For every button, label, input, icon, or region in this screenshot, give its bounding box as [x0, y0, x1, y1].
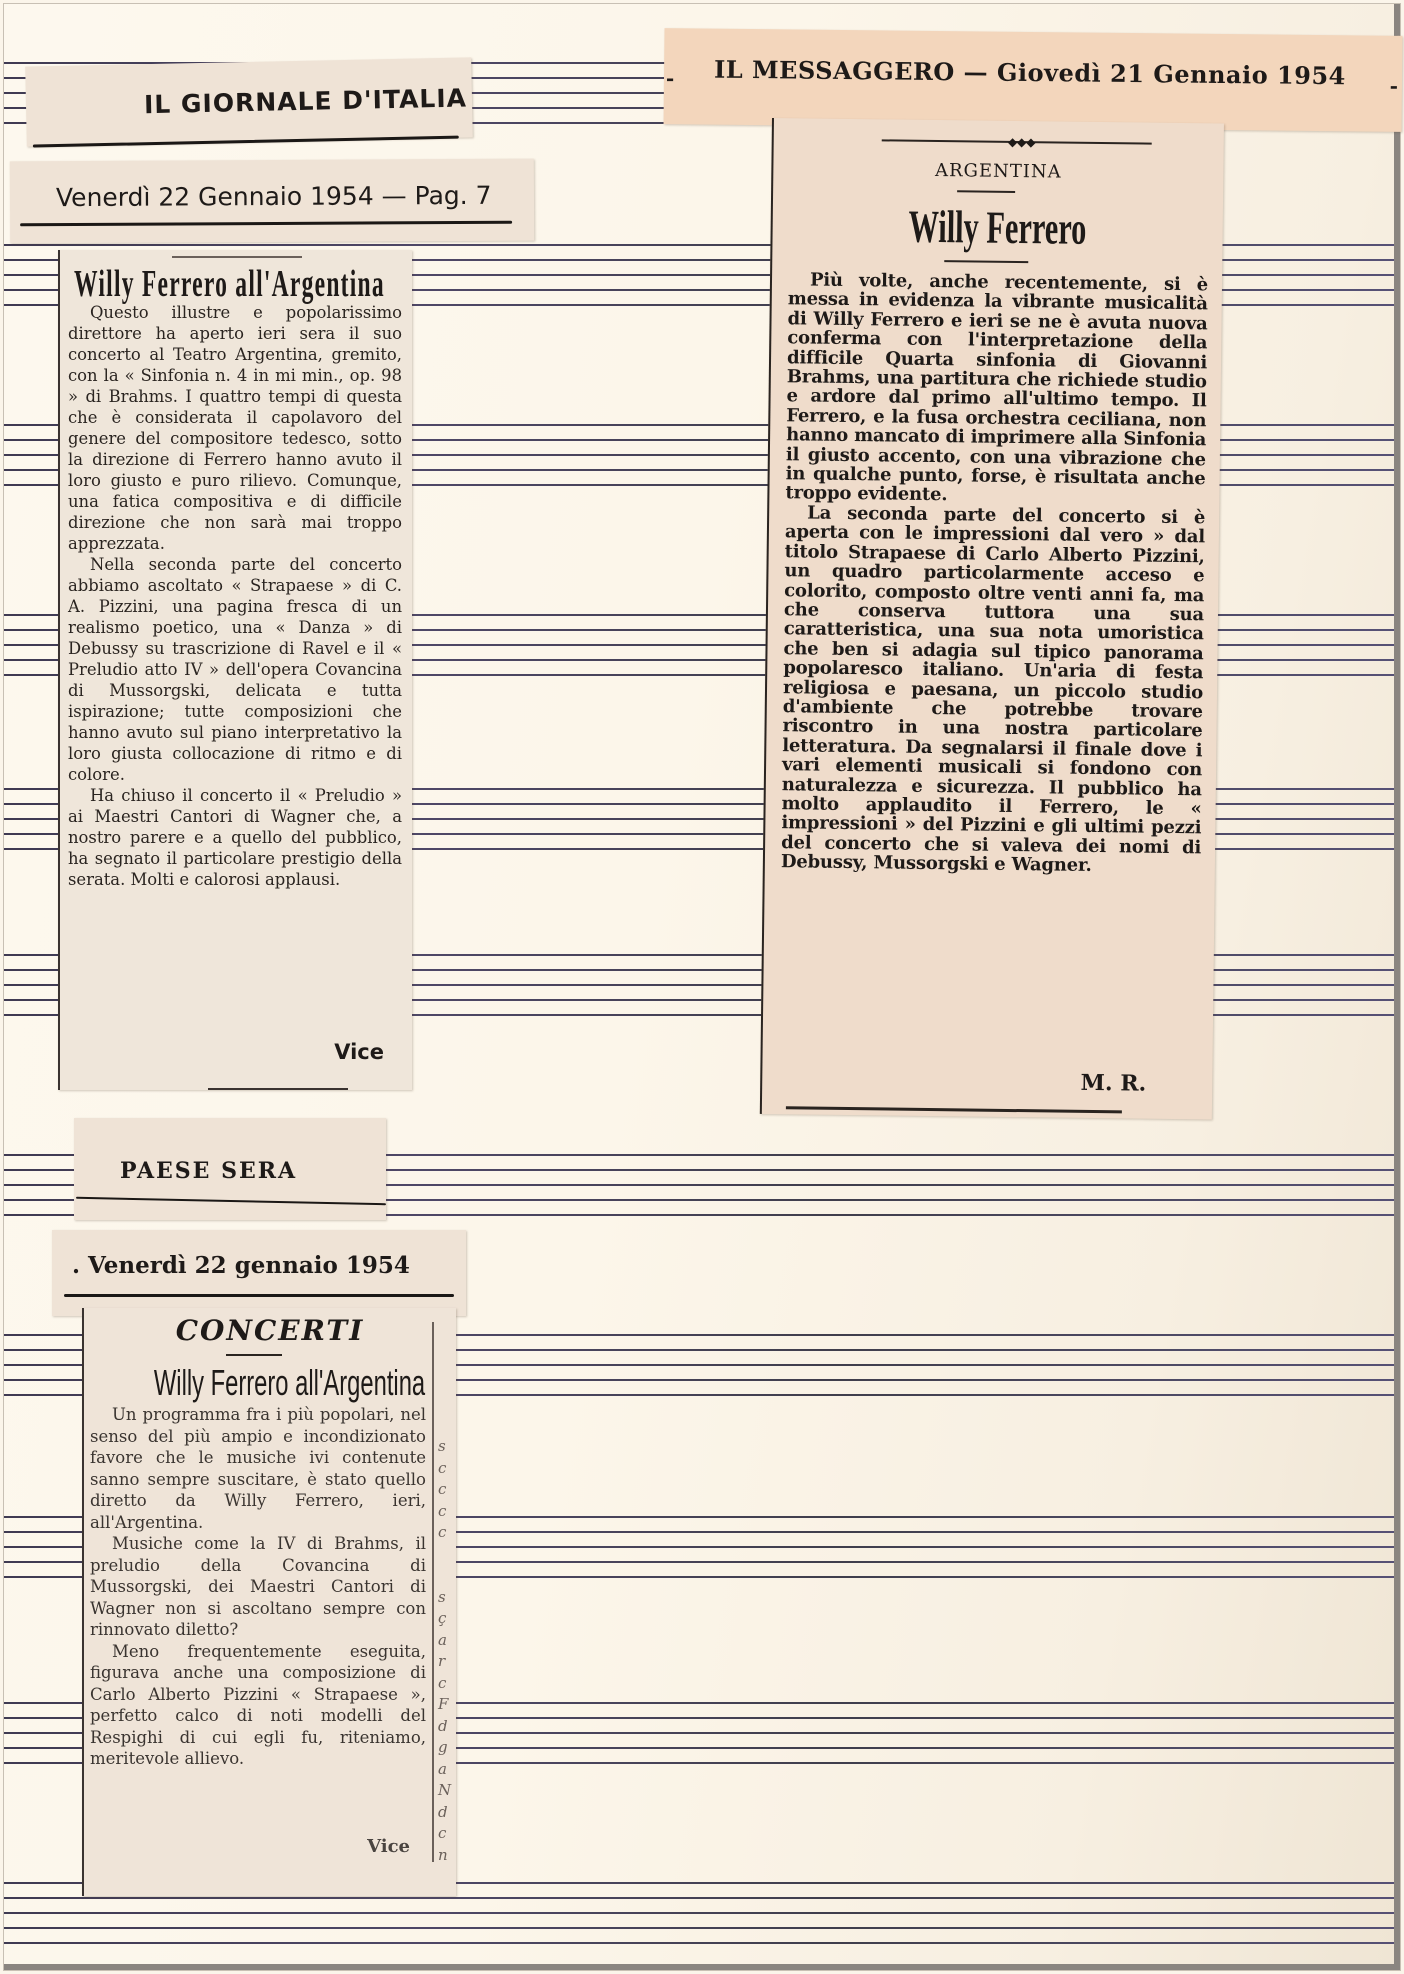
neighbor-column-letter: [438, 1565, 454, 1587]
newspaper-name: PAESE SERA: [120, 1158, 297, 1184]
neighbor-column-letter: g: [438, 1737, 454, 1759]
article-body: Questo illustre e popolarissimo direttor…: [68, 302, 402, 890]
article-body: Un programma fra i più popolari, nel sen…: [90, 1404, 426, 1770]
divider-rule: [944, 260, 1028, 263]
article-paragraph: Più volte, anche recentemente, si è mess…: [785, 270, 1208, 508]
article-signature: Vice: [334, 1040, 384, 1064]
article-paragraph: Un programma fra i più popolari, nel sen…: [90, 1404, 426, 1533]
messaggero-masthead-clipping: - IL MESSAGGERO — Giovedì 21 Gennaio 195…: [664, 28, 1403, 132]
column-divider: [432, 1322, 434, 1862]
divider-rule: [226, 1354, 282, 1356]
neighbor-column-letter: a: [438, 1759, 454, 1781]
article-signature: M. R.: [1080, 1070, 1146, 1097]
neighbor-column-letter: d: [438, 1716, 454, 1738]
paese-sera-date-clipping: . Venerdì 22 gennaio 1954: [52, 1230, 466, 1316]
divider-rule: [957, 190, 1015, 193]
divider-rule: [208, 1088, 348, 1090]
article-body: Più volte, anche recentemente, si è mess…: [781, 270, 1208, 877]
scrapbook-page: IL GIORNALE D'ITALIA Venerdì 22 Gennaio …: [4, 4, 1400, 1970]
column-mark: -: [1390, 74, 1399, 98]
neighbor-column-letter: c: [438, 1673, 454, 1695]
giornale-masthead-clipping: IL GIORNALE D'ITALIA: [25, 57, 473, 146]
neighbor-column-letter: [438, 1544, 454, 1566]
neighbor-column-letter: s: [438, 1436, 454, 1458]
neighbor-column-fragment: scccc sçarcFdgaNdcn: [438, 1436, 454, 1866]
neighbor-column-letter: n: [438, 1845, 454, 1867]
article-paragraph: Nella seconda parte del concerto abbiamo…: [68, 554, 402, 785]
newspaper-name: IL GIORNALE D'ITALIA: [144, 83, 468, 119]
giornale-date-clipping: Venerdì 22 Gennaio 1954 — Pag. 7: [10, 159, 534, 244]
date-line: . Venerdì 22 gennaio 1954: [72, 1252, 410, 1279]
article-paragraph: Meno frequentemente eseguita, figurava a…: [90, 1641, 426, 1770]
article-signature: Vice: [367, 1836, 410, 1857]
neighbor-column-letter: c: [438, 1823, 454, 1845]
newspaper-name-and-date: IL MESSAGGERO — Giovedì 21 Gennaio 1954: [714, 55, 1346, 91]
article-paragraph: Ha chiuso il concerto il « Preludio » ai…: [68, 785, 402, 890]
neighbor-column-letter: N: [438, 1780, 454, 1802]
ornament-icon: ◆◆◆: [1002, 137, 1042, 147]
divider-rule: [76, 1197, 386, 1205]
neighbor-column-letter: c: [438, 1501, 454, 1523]
ornament-rule: [786, 1106, 1122, 1113]
article-headline: Willy Ferrero all'Argentina: [84, 1362, 456, 1404]
neighbor-column-letter: ç: [438, 1608, 454, 1630]
neighbor-column-letter: c: [438, 1458, 454, 1480]
date-line: Venerdì 22 Gennaio 1954 — Pag. 7: [56, 181, 492, 212]
article-paragraph: La seconda parte del concerto si è apert…: [781, 503, 1205, 877]
neighbor-column-letter: s: [438, 1587, 454, 1609]
giornale-article-clipping: Willy Ferrero all'Argentina Questo illus…: [58, 250, 412, 1090]
divider-rule: [172, 256, 302, 258]
section-label: CONCERTI: [84, 1314, 456, 1347]
neighbor-column-letter: F: [438, 1694, 454, 1716]
neighbor-column-letter: d: [438, 1802, 454, 1824]
neighbor-column-letter: a: [438, 1630, 454, 1652]
paese-sera-article-clipping: CONCERTI Willy Ferrero all'Argentina Un …: [82, 1308, 456, 1896]
messaggero-article-clipping: ◆◆◆ ARGENTINA Willy Ferrero Più volte, a…: [760, 118, 1224, 1119]
section-label: ARGENTINA: [773, 158, 1223, 184]
article-headline: Willy Ferrero: [772, 198, 1223, 256]
divider-rule: [20, 221, 512, 227]
column-mark: -: [666, 66, 675, 90]
article-paragraph: Musiche come la IV di Brahms, il preludi…: [90, 1533, 426, 1641]
neighbor-column-letter: c: [438, 1522, 454, 1544]
neighbor-column-letter: c: [438, 1479, 454, 1501]
divider-rule: [64, 1294, 454, 1297]
article-paragraph: Questo illustre e popolarissimo direttor…: [68, 302, 402, 554]
neighbor-column-letter: r: [438, 1651, 454, 1673]
divider-rule: [33, 136, 459, 148]
article-headline: Willy Ferrero all'Argentina: [74, 262, 446, 306]
paese-sera-masthead-clipping: PAESE SERA: [74, 1118, 386, 1220]
